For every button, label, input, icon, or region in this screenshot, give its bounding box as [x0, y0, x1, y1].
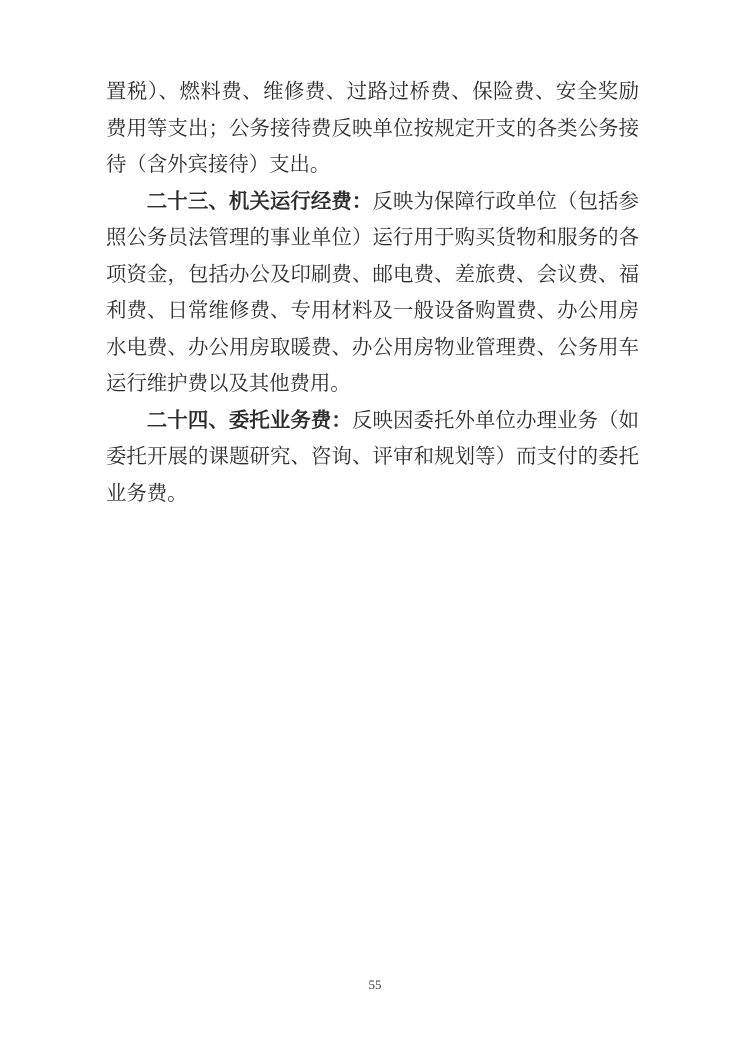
paragraph-vehicle-expense-continuation: 置税）、燃料费、维修费、过路过桥费、保险费、安全奖励费用等支出；公务接待费反映单… [106, 74, 639, 184]
paragraph-agency-operating-expense: 二十三、机关运行经费：反映为保障行政单位（包括参照公务员法管理的事业单位）运行用… [106, 184, 639, 403]
body-text-run: 置税）、燃料费、维修费、过路过桥费、保险费、安全奖励费用等支出；公务接待费反映单… [106, 81, 639, 176]
paragraph-entrusted-business-fee: 二十四、委托业务费：反映因委托外单位办理业务（如委托开展的课题研究、咨询、评审和… [106, 403, 639, 513]
section-heading-23: 二十三、机关运行经费： [147, 191, 373, 213]
page-number: 55 [0, 977, 750, 993]
body-text-run: 反映为保障行政单位（包括参照公务员法管理的事业单位）运行用于购买货物和服务的各项… [106, 191, 639, 396]
document-text-block: 置税）、燃料费、维修费、过路过桥费、保险费、安全奖励费用等支出；公务接待费反映单… [106, 74, 639, 512]
document-page: { "document": { "paragraphs": [ { "inden… [0, 0, 750, 1060]
section-heading-24: 二十四、委托业务费： [147, 410, 352, 432]
